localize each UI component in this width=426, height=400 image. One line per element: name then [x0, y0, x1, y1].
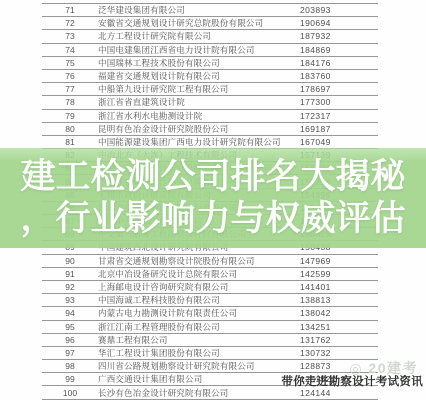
- company-cell: 北京中冶设备研究设计总院有限公司: [98, 268, 280, 280]
- rank-cell: 99: [42, 373, 98, 385]
- banner-title-line2: ，行业影响力与权威评估: [20, 198, 405, 240]
- table-row: 80昆明有色冶金设计研究院股份公司169187: [42, 123, 378, 136]
- company-cell: 中国电建集团江西省电力设计院有限公司: [98, 44, 280, 56]
- table-row: 98四川省公路规划勘察设计研究院有限公司128873: [42, 360, 378, 373]
- rank-cell: 90: [42, 255, 98, 267]
- rank-cell: 80: [42, 123, 98, 135]
- company-cell: 中国海诚工程科技股份有限公司: [98, 294, 280, 306]
- company-cell: 昆明有色冶金设计研究院股份公司: [98, 123, 280, 135]
- score-cell: 134251: [280, 321, 378, 333]
- rank-cell: 96: [42, 334, 98, 346]
- company-cell: 中国能源建设集团广西电力设计研究院有限公司: [98, 136, 280, 148]
- company-cell: 长沙有色冶金设计研究院有限公司: [98, 387, 280, 399]
- table-row: 71泛华建设集团有限公司203893: [42, 4, 378, 17]
- watermark-text: 带你走进勘察设计考试资讯: [281, 373, 423, 389]
- company-cell: 北方工程设计研究院有限公司: [98, 30, 280, 42]
- rank-cell: 76: [42, 70, 98, 82]
- rank-cell: 77: [42, 83, 98, 95]
- rank-cell: 81: [42, 136, 98, 148]
- score-cell: 183760: [280, 70, 378, 82]
- rank-cell: 98: [42, 360, 98, 372]
- score-cell: 169187: [280, 123, 378, 135]
- company-cell: 中船第九设计研究院工程有限公司: [98, 83, 280, 95]
- banner-title-line1: 建工检测公司排名大揭秘: [20, 156, 405, 198]
- rank-cell: 79: [42, 110, 98, 122]
- table-row: 93中国海诚工程科技股份有限公司138813: [42, 294, 378, 307]
- rank-cell: 74: [42, 44, 98, 56]
- rank-cell: 93: [42, 294, 98, 306]
- company-cell: 浙江江南工程管理股份有限公司: [98, 321, 280, 333]
- company-cell: 中国瑞林工程技术股份有限公司: [98, 57, 280, 69]
- score-cell: 167049: [280, 136, 378, 148]
- score-cell: 138042: [280, 307, 378, 319]
- company-cell: 安徽省交通规划设计研究总院股份有限公司: [98, 17, 280, 29]
- company-cell: 浙江省水利水电勘测设计院: [98, 110, 280, 122]
- score-cell: 184176: [280, 57, 378, 69]
- company-cell: 浙江省省直建筑设计院: [98, 96, 280, 108]
- table-row: 79浙江省水利水电勘测设计院172317: [42, 110, 378, 123]
- table-row: 78浙江省省直建筑设计院177300: [42, 96, 378, 109]
- table-row: 92上海邮电设计咨询研究院有限公司141401: [42, 281, 378, 294]
- table-row: 96赛鼎工程有限公司131762: [42, 334, 378, 347]
- promo-banner: 建工检测公司排名大揭秘 ，行业影响力与权威评估: [0, 148, 426, 248]
- company-cell: 内蒙古电力勘测设计院有限责任公司: [98, 307, 280, 319]
- score-cell: 184869: [280, 44, 378, 56]
- score-cell: 138813: [280, 294, 378, 306]
- rank-cell: 73: [42, 30, 98, 42]
- table-row: 73北方工程设计研究院有限公司187932: [42, 30, 378, 43]
- company-cell: 广西交通设计集团有限公司: [98, 373, 280, 385]
- table-row: 90甘肃省交通规划勘察设计院股份有限公司147969: [42, 255, 378, 268]
- score-cell: 141401: [280, 281, 378, 293]
- score-cell: 142599: [280, 268, 378, 280]
- table-row: 72安徽省交通规划设计研究总院股份有限公司190694: [42, 17, 378, 30]
- score-cell: 187932: [280, 30, 378, 42]
- company-cell: 华汇工程设计集团股份有限公司: [98, 347, 280, 359]
- rank-cell: 91: [42, 268, 98, 280]
- score-cell: 190694: [280, 17, 378, 29]
- rank-cell: 97: [42, 347, 98, 359]
- company-cell: 上海邮电设计咨询研究院有限公司: [98, 281, 280, 293]
- table-row: 91北京中冶设备研究设计总院有限公司142599: [42, 268, 378, 281]
- table-row: 75中国瑞林工程技术股份有限公司184176: [42, 57, 378, 70]
- rank-cell: 72: [42, 17, 98, 29]
- score-cell: 177300: [280, 96, 378, 108]
- company-cell: 泛华建设集团有限公司: [98, 4, 280, 16]
- article-image: 71泛华建设集团有限公司20389372安徽省交通规划设计研究总院股份有限公司1…: [0, 0, 426, 400]
- company-cell: 四川省公路规划勘察设计研究院有限公司: [98, 360, 280, 372]
- company-cell: 甘肃省交通规划勘察设计院股份有限公司: [98, 255, 280, 267]
- table-row: 95浙江江南工程管理股份有限公司134251: [42, 321, 378, 334]
- score-cell: 178697: [280, 83, 378, 95]
- table-row: 77中船第九设计研究院工程有限公司178697: [42, 83, 378, 96]
- table-row: 74中国电建集团江西省电力设计院有限公司184869: [42, 44, 378, 57]
- rank-cell: 92: [42, 281, 98, 293]
- rank-cell: 95: [42, 321, 98, 333]
- company-cell: 福建省交通规划设计院有限公司: [98, 70, 280, 82]
- table-row: 94内蒙古电力勘测设计院有限责任公司138042: [42, 307, 378, 320]
- score-cell: 172317: [280, 110, 378, 122]
- score-cell: 131762: [280, 334, 378, 346]
- table-row: 76福建省交通规划设计院有限公司183760: [42, 70, 378, 83]
- rank-cell: 78: [42, 96, 98, 108]
- score-cell: 203893: [280, 4, 378, 16]
- rank-cell: 100: [42, 387, 98, 399]
- table-row: 97华汇工程设计集团股份有限公司130732: [42, 347, 378, 360]
- rank-cell: 75: [42, 57, 98, 69]
- company-cell: 赛鼎工程有限公司: [98, 334, 280, 346]
- score-cell: 147969: [280, 255, 378, 267]
- rank-cell: 71: [42, 4, 98, 16]
- rank-cell: 94: [42, 307, 98, 319]
